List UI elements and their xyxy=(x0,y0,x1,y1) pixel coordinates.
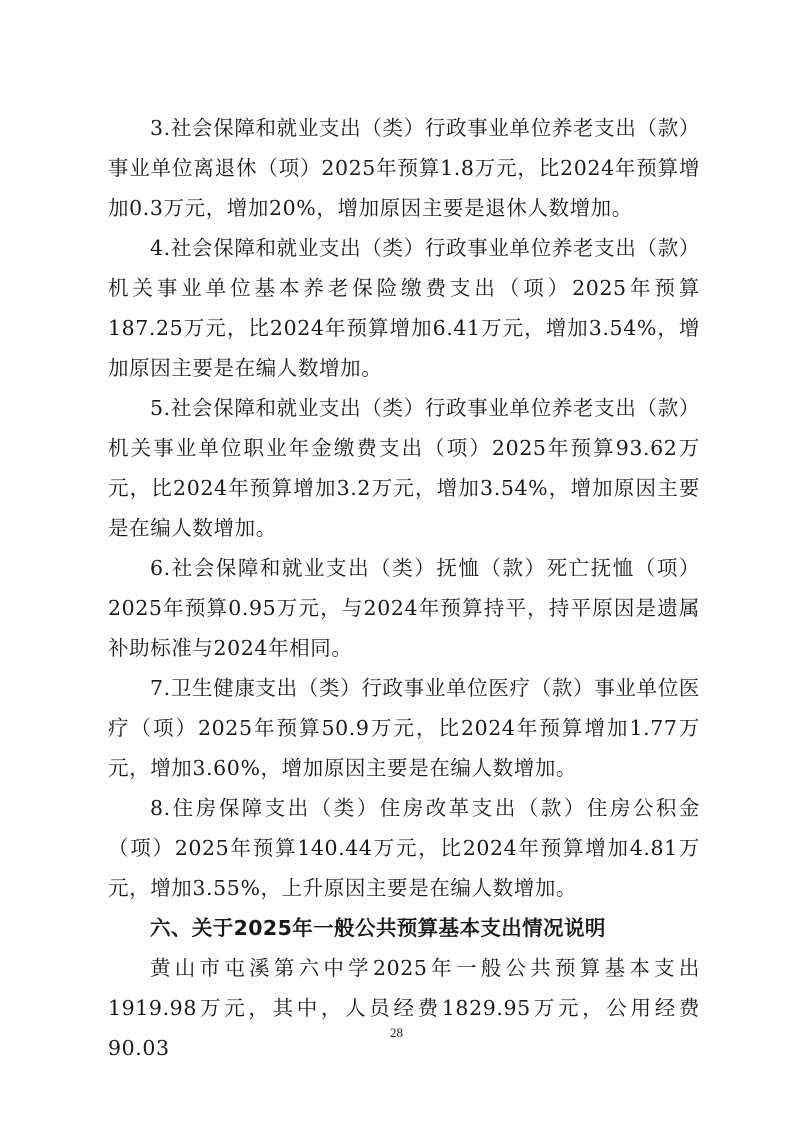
paragraph-item-5: 5.社会保障和就业支出（类）行政事业单位养老支出（款）机关事业单位职业年金缴费支… xyxy=(108,388,700,548)
paragraph-item-7: 7.卫生健康支出（类）行政事业单位医疗（款）事业单位医疗（项）2025年预算50… xyxy=(108,668,700,788)
section-heading: 六、关于2025年一般公共预算基本支出情况说明 xyxy=(108,908,700,948)
paragraph-item-4: 4.社会保障和就业支出（类）行政事业单位养老支出（款）机关事业单位基本养老保险缴… xyxy=(108,228,700,388)
section-body-paragraph: 黄山市屯溪第六中学2025年一般公共预算基本支出1919.98万元，其中，人员经… xyxy=(108,948,700,1068)
paragraph-item-3: 3.社会保障和就业支出（类）行政事业单位养老支出（款）事业单位离退休（项）202… xyxy=(108,108,700,228)
paragraph-item-8: 8.住房保障支出（类）住房改革支出（款）住房公积金（项）2025年预算140.4… xyxy=(108,788,700,908)
document-page: 3.社会保障和就业支出（类）行政事业单位养老支出（款）事业单位离退休（项）202… xyxy=(108,108,700,1068)
page-number: 28 xyxy=(0,1025,793,1041)
paragraph-item-6: 6.社会保障和就业支出（类）抚恤（款）死亡抚恤（项）2025年预算0.95万元，… xyxy=(108,548,700,668)
